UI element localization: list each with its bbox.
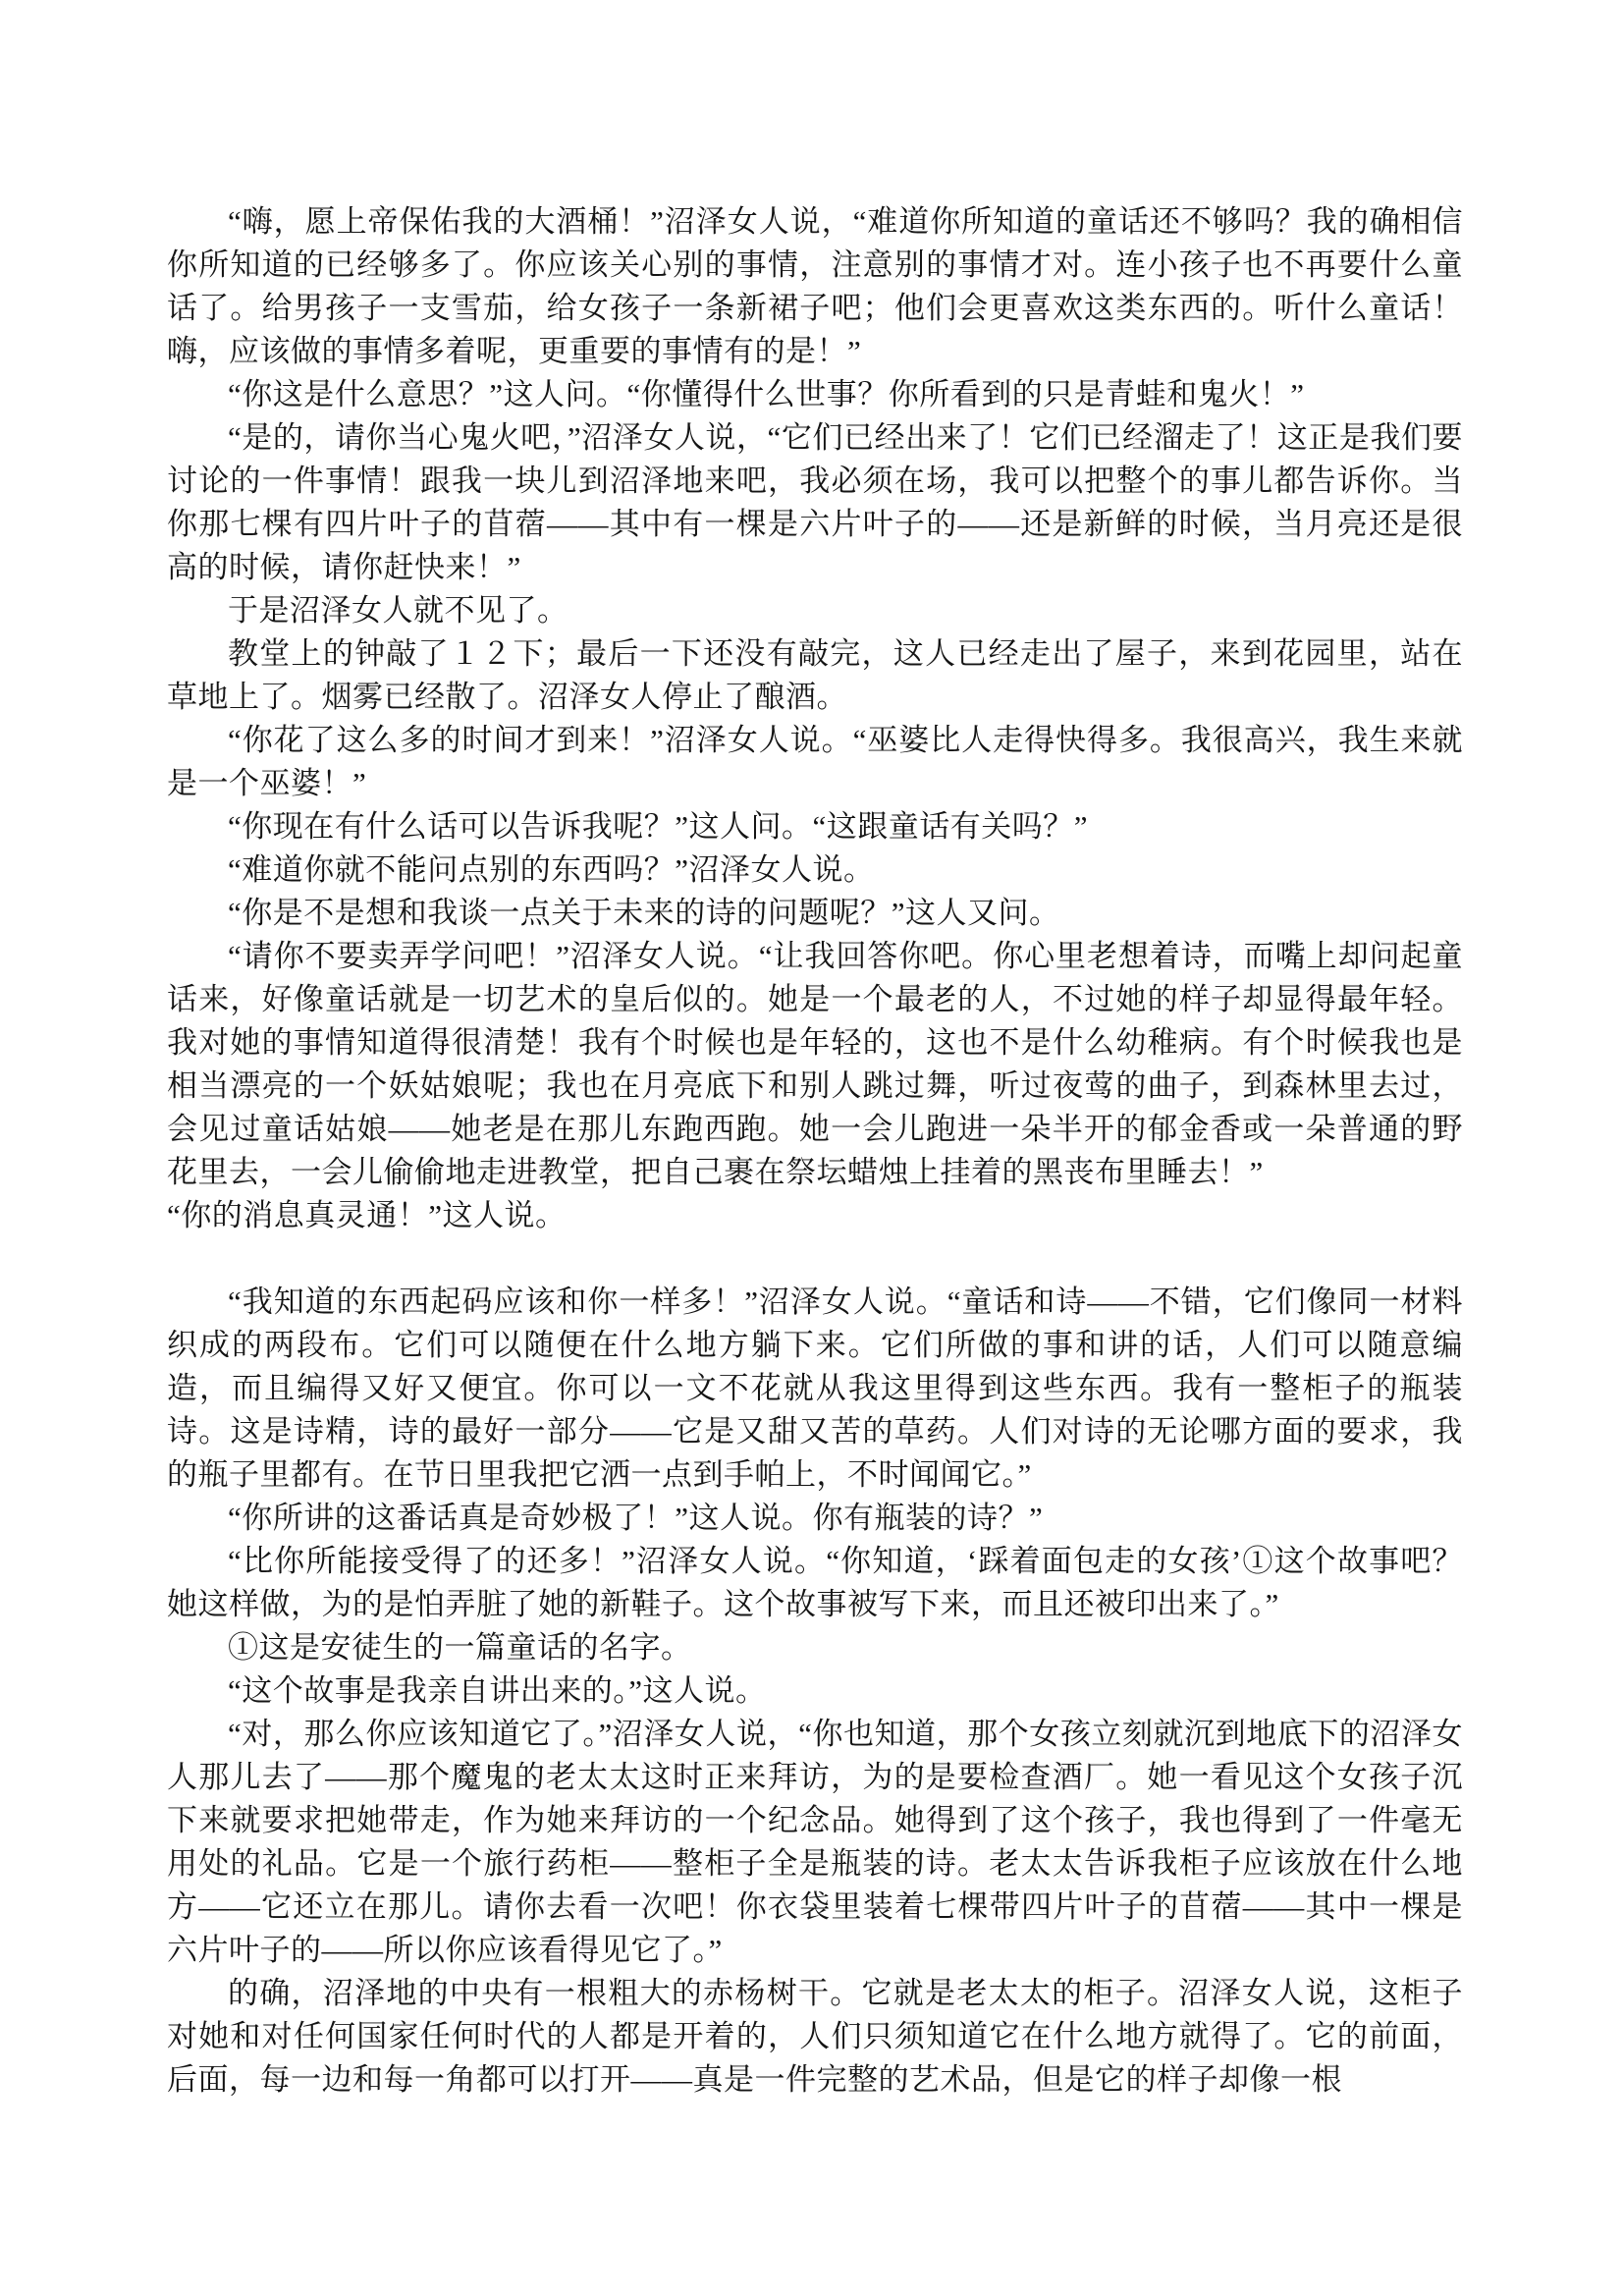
- paragraph: 于是沼泽女人就不见了。: [167, 589, 1463, 632]
- document-page: { "document": { "language": "zh-CN", "ki…: [0, 0, 1623, 2296]
- paragraph: “你是不是想和我谈一点关于未来的诗的问题呢？”这人又问。: [167, 892, 1463, 935]
- paragraph: “是的，请你当心鬼火吧，”沼泽女人说，“它们已经出来了！它们已经溜走了！这正是我…: [167, 416, 1463, 589]
- paragraph: “你现在有什么话可以告诉我呢？”这人问。“这跟童话有关吗？”: [167, 805, 1463, 848]
- paragraph: “你这是什么意思？”这人问。“你懂得什么世事？你所看到的只是青蛙和鬼火！”: [167, 373, 1463, 416]
- paragraph-footnote: ①这是安徒生的一篇童话的名字。: [167, 1626, 1463, 1669]
- text-page: “嗨，愿上帝保佑我的大酒桶！”沼泽女人说，“难道你所知道的童话还不够吗？我的确相…: [0, 0, 1623, 2296]
- paragraph: “难道你就不能问点别的东西吗？”沼泽女人说。: [167, 848, 1463, 892]
- paragraph: 的确，沼泽地的中央有一根粗大的赤杨树干。它就是老太太的柜子。沼泽女人说，这柜子对…: [167, 1972, 1463, 2102]
- paragraph: 教堂上的钟敲了１２下；最后一下还没有敲完，这人已经走出了屋子，来到花园里，站在草…: [167, 632, 1463, 719]
- paragraph: “这个故事是我亲自讲出来的。”这人说。: [167, 1669, 1463, 1713]
- paragraph: “我知道的东西起码应该和你一样多！”沼泽女人说。“童话和诗——不错，它们像同一材…: [167, 1281, 1463, 1497]
- paragraph: “请你不要卖弄学问吧！”沼泽女人说。“让我回答你吧。你心里老想着诗，而嘴上却问起…: [167, 935, 1463, 1194]
- paragraph: “对，那么你应该知道它了。”沼泽女人说，“你也知道，那个女孩立刻就沉到地底下的沼…: [167, 1713, 1463, 1972]
- paragraph: “比你所能接受得了的还多！”沼泽女人说。“你知道，‘踩着面包走的女孩’①这个故事…: [167, 1540, 1463, 1626]
- paragraph: “嗨，愿上帝保佑我的大酒桶！”沼泽女人说，“难道你所知道的童话还不够吗？我的确相…: [167, 200, 1463, 373]
- paragraph: “你花了这么多的时间才到来！”沼泽女人说。“巫婆比人走得快得多。我很高兴，我生来…: [167, 719, 1463, 805]
- paragraph: “你的消息真灵通！”这人说。: [167, 1194, 1463, 1237]
- paragraph: “你所讲的这番话真是奇妙极了！”这人说。你有瓶装的诗？”: [167, 1497, 1463, 1540]
